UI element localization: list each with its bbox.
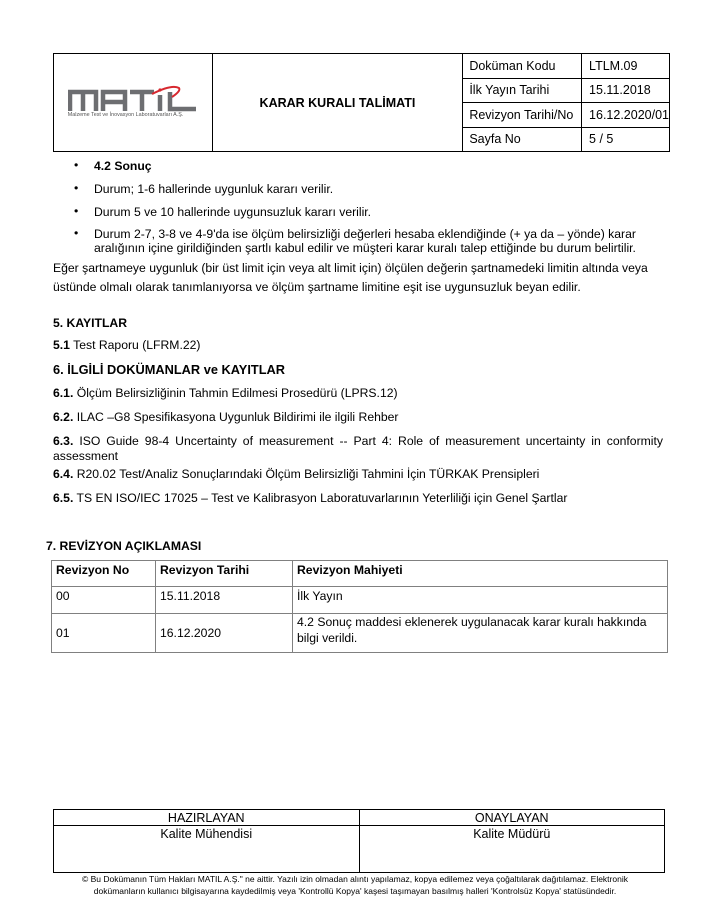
item-text: ISO Guide 98-4 Uncertainty of measuremen… bbox=[53, 434, 663, 463]
prepared-label: HAZIRLAYAN bbox=[54, 810, 360, 826]
document-title: KARAR KURALI TALİMATI bbox=[212, 54, 463, 152]
table-cell: 4.2 Sonuç maddesi eklenerek uygulanacak … bbox=[293, 614, 668, 653]
column-header: Revizyon Mahiyeti bbox=[293, 561, 668, 587]
section-heading: 6. İLGİLİ DOKÜMANLAR ve KAYITLAR bbox=[53, 362, 285, 377]
meta-label: Sayfa No bbox=[463, 127, 582, 152]
item-text: R20.02 Test/Analiz Sonuçlarındaki Ölçüm … bbox=[73, 467, 539, 481]
list-item: 5.1 Test Raporu (LFRM.22) bbox=[53, 338, 200, 353]
bullet-icon: • bbox=[74, 226, 78, 240]
section-heading: 5. KAYITLAR bbox=[53, 316, 127, 331]
logo-cell: Malzeme Test ve İnovasyon Laboratuvarlar… bbox=[54, 54, 213, 152]
bullet-icon: • bbox=[74, 181, 78, 195]
column-header: Revizyon Tarihi bbox=[156, 561, 293, 587]
table-cell: 16.12.2020 bbox=[156, 614, 293, 653]
meta-value: 15.11.2018 bbox=[582, 78, 670, 103]
item-number: 6.2. bbox=[53, 410, 73, 424]
table-row: 01 16.12.2020 4.2 Sonuç maddesi eklenere… bbox=[52, 614, 668, 653]
list-item: Durum; 1-6 hallerinde uygunluk kararı ve… bbox=[94, 182, 674, 196]
prepared-by: Kalite Mühendisi bbox=[54, 826, 360, 873]
company-logo: Malzeme Test ve İnovasyon Laboratuvarlar… bbox=[68, 85, 198, 121]
meta-value: 5 / 5 bbox=[582, 127, 670, 152]
revision-table: Revizyon No Revizyon Tarihi Revizyon Mah… bbox=[51, 560, 668, 653]
matil-wordmark-icon bbox=[68, 85, 198, 112]
approved-by: Kalite Müdürü bbox=[359, 826, 665, 873]
table-cell: 00 bbox=[52, 587, 156, 614]
item-number: 5.1 bbox=[53, 338, 70, 352]
item-text: ILAC –G8 Spesifikasyona Uygunluk Bildiri… bbox=[73, 410, 398, 424]
signature-table: HAZIRLAYAN ONAYLAYAN Kalite Mühendisi Ka… bbox=[53, 809, 665, 873]
meta-label: Doküman Kodu bbox=[463, 54, 582, 79]
list-item: 6.5. TS EN ISO/IEC 17025 – Test ve Kalib… bbox=[53, 491, 567, 506]
meta-label: Revizyon Tarihi/No bbox=[463, 103, 582, 128]
item-text: TS EN ISO/IEC 17025 – Test ve Kalibrasyo… bbox=[73, 491, 567, 505]
item-number: 6.4. bbox=[53, 467, 73, 481]
table-cell: 15.11.2018 bbox=[156, 587, 293, 614]
item-number: 6.5. bbox=[53, 491, 73, 505]
item-number: 6.1. bbox=[53, 386, 73, 400]
document-header: Malzeme Test ve İnovasyon Laboratuvarlar… bbox=[53, 53, 670, 152]
approved-label: ONAYLAYAN bbox=[359, 810, 665, 826]
list-item: 6.3. ISO Guide 98-4 Uncertainty of measu… bbox=[53, 434, 663, 464]
table-row: 00 15.11.2018 İlk Yayın bbox=[52, 587, 668, 614]
column-header: Revizyon No bbox=[52, 561, 156, 587]
table-cell: İlk Yayın bbox=[293, 587, 668, 614]
list-item: 6.2. ILAC –G8 Spesifikasyona Uygunluk Bi… bbox=[53, 410, 399, 425]
list-item: 6.4. R20.02 Test/Analiz Sonuçlarındaki Ö… bbox=[53, 467, 539, 482]
footer-line: dokümanların kullanıcı bilgisayarına kay… bbox=[40, 885, 670, 897]
bullet-icon: • bbox=[74, 158, 78, 172]
subsection-heading: 4.2 Sonuç bbox=[94, 159, 674, 173]
list-item: Durum 5 ve 10 hallerinde uygunsuzluk kar… bbox=[94, 205, 674, 219]
copyright-footer: © Bu Dokümanın Tüm Hakları MATIL A.Ş." n… bbox=[40, 873, 670, 897]
list-item: Durum 2-7, 3-8 ve 4-9'da ise ölçüm belir… bbox=[94, 227, 654, 255]
item-number: 6.3. bbox=[53, 434, 73, 448]
table-header-row: Revizyon No Revizyon Tarihi Revizyon Mah… bbox=[52, 561, 668, 587]
section-heading: 7. REVİZYON AÇIKLAMASI bbox=[46, 539, 201, 554]
meta-label: İlk Yayın Tarihi bbox=[463, 78, 582, 103]
list-item: 6.1. Ölçüm Belirsizliğinin Tahmin Edilme… bbox=[53, 386, 398, 401]
paragraph: Eğer şartnameye uygunluk (bir üst limit … bbox=[53, 259, 671, 297]
meta-value: LTLM.09 bbox=[582, 54, 670, 79]
meta-value: 16.12.2020/01 bbox=[582, 103, 670, 128]
footer-line: © Bu Dokümanın Tüm Hakları MATIL A.Ş." n… bbox=[40, 873, 670, 885]
table-cell: 01 bbox=[52, 614, 156, 653]
item-text: Ölçüm Belirsizliğinin Tahmin Edilmesi Pr… bbox=[73, 386, 397, 400]
item-text: Test Raporu (LFRM.22) bbox=[70, 338, 201, 352]
logo-tagline: Malzeme Test ve İnovasyon Laboratuvarlar… bbox=[68, 112, 184, 118]
bullet-icon: • bbox=[74, 204, 78, 218]
